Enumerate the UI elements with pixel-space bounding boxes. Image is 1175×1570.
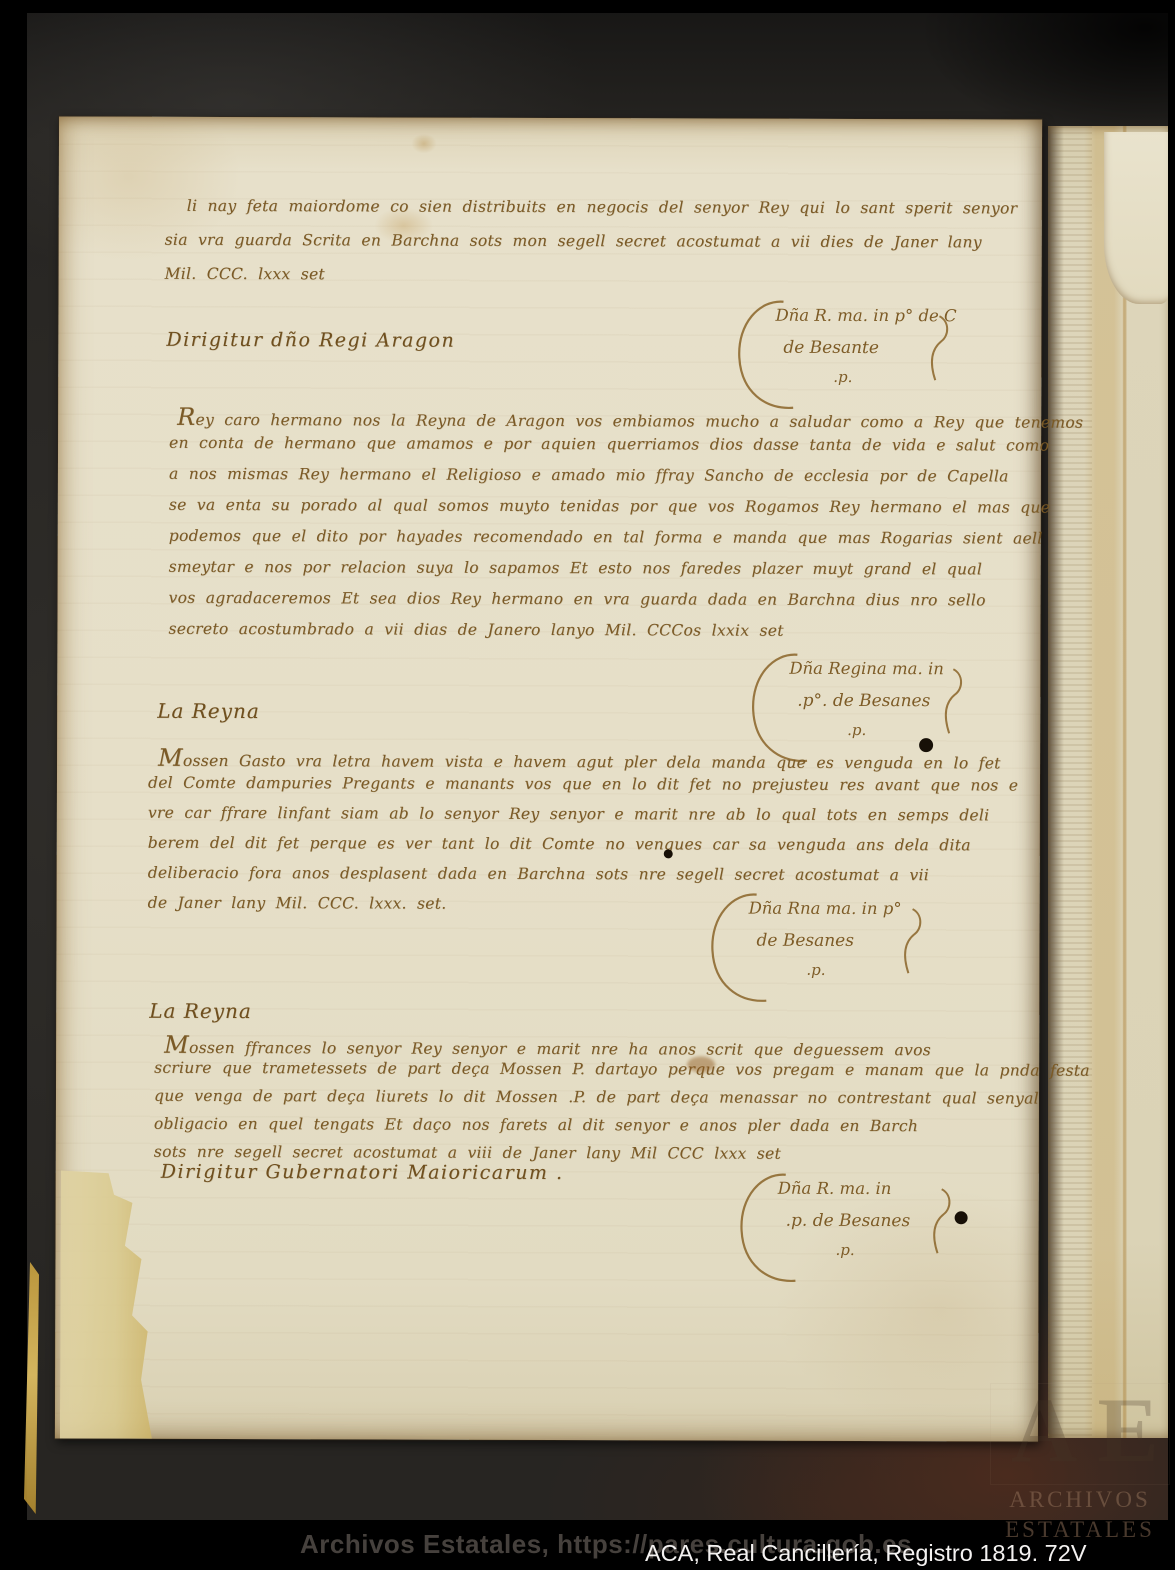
chancery-note-4: Dña R. ma. in .p. de Besanes .p. (733, 1169, 961, 1288)
ink-smudge (687, 1056, 715, 1072)
chancery-note-line: .p. (833, 368, 852, 386)
manuscript-line: vos agradaceremos Et sea dios Rey herman… (168, 589, 1082, 623)
chancery-note-line: .p. de Besanes (786, 1211, 911, 1231)
manuscript-line: sia vra guarda Scrita en Barchna sots mo… (165, 231, 1018, 268)
digitized-manuscript-photo: li nay feta maiordome co sien distribuit… (0, 0, 1175, 1570)
archivos-estatales-logo: AE ARCHIVOS ESTATALES (990, 1383, 1170, 1545)
chancery-note-line: .p. (835, 1241, 854, 1259)
stained-torn-strip (60, 1170, 153, 1438)
ink-blot (664, 849, 673, 858)
adjacent-page-edge (1048, 126, 1168, 1438)
chancery-note-3: Dña Rna ma. in p° de Besanes .p. (704, 888, 932, 1007)
ink-blot (919, 738, 933, 752)
letter-1: li nay feta maiordome co sien distribuit… (165, 197, 1018, 302)
heading-la-reyna-2: La Reyna (149, 999, 252, 1023)
page-edge-striations (1048, 126, 1092, 1438)
chancery-note-line: Dña R. ma. in (778, 1179, 892, 1198)
manuscript-line: smeytar e nos por relacion suya lo sapam… (169, 558, 1083, 592)
address-line-2: Dirigitur Gubernatori Maioricarum . (161, 1161, 564, 1184)
manuscript-line: scriure que trametessets de part deça Mo… (154, 1059, 1090, 1090)
manuscript-line: del Comte dampuries Pregants e manants v… (148, 774, 1018, 807)
manuscript-line: Rey caro hermano nos la Reyna de Aragon … (177, 403, 1083, 437)
manuscript-line: se va enta su porado al qual somos muyto… (169, 496, 1083, 530)
manuscript-line: obligacio en quel tengats Et daço nos fa… (154, 1115, 1090, 1146)
chancery-note-line: Dña R. ma. in p° de C (775, 306, 956, 326)
chancery-note-line: Dña Regina ma. in (789, 659, 944, 678)
letter-2: Rey caro hermano nos la Reyna de Aragon … (168, 403, 1083, 654)
ink-blot (955, 1211, 968, 1224)
manuscript-line: berem del dit fet perque es ver tant lo … (148, 834, 1018, 867)
reference-caption: ACA, Real Cancillería, Registro 1819. 72… (645, 1540, 1087, 1567)
heading-la-reyna-1: La Reyna (157, 699, 260, 723)
ae-monogram: AE (990, 1383, 1170, 1485)
chancery-note-line: de Besanes (756, 931, 854, 951)
manuscript-line: Mossen Gasto vra letra havem vista e hav… (158, 744, 1018, 777)
manuscript-line: vre car ffrare linfant siam ab lo senyor… (148, 804, 1018, 837)
address-line-1: Dirigitur dño Regi Aragon (166, 329, 455, 352)
chancery-note-line: Dña Rna ma. in p° (749, 899, 902, 918)
chancery-note-line: .p°. de Besanes (797, 691, 930, 711)
manuscript-line: que venga de part deça liurets lo dit Mo… (154, 1087, 1090, 1118)
chancery-note-1: Dña R. ma. in p° de C de Besante .p. (731, 296, 959, 415)
logo-text-line: ARCHIVOS (990, 1485, 1170, 1515)
manuscript-page: li nay feta maiordome co sien distribuit… (55, 116, 1042, 1441)
chancery-note-line: de Besante (783, 338, 879, 358)
manuscript-line: en conta de hermano que amamos e por aqu… (169, 434, 1083, 468)
chancery-note-line: .p. (847, 721, 866, 739)
manuscript-line: Mossen ffrances lo senyor Rey senyor e m… (164, 1031, 1090, 1062)
letter-4: Mossen ffrances lo senyor Rey senyor e m… (154, 1031, 1090, 1174)
torn-corner-patch (1104, 132, 1168, 304)
chancery-note-line: .p. (806, 961, 825, 979)
manuscript-line: a nos mismas Rey hermano el Religioso e … (169, 465, 1083, 499)
manuscript-line: podemos que el dito por hayades recomend… (169, 527, 1083, 561)
manuscript-line: li nay feta maiordome co sien distribuit… (187, 197, 1018, 234)
